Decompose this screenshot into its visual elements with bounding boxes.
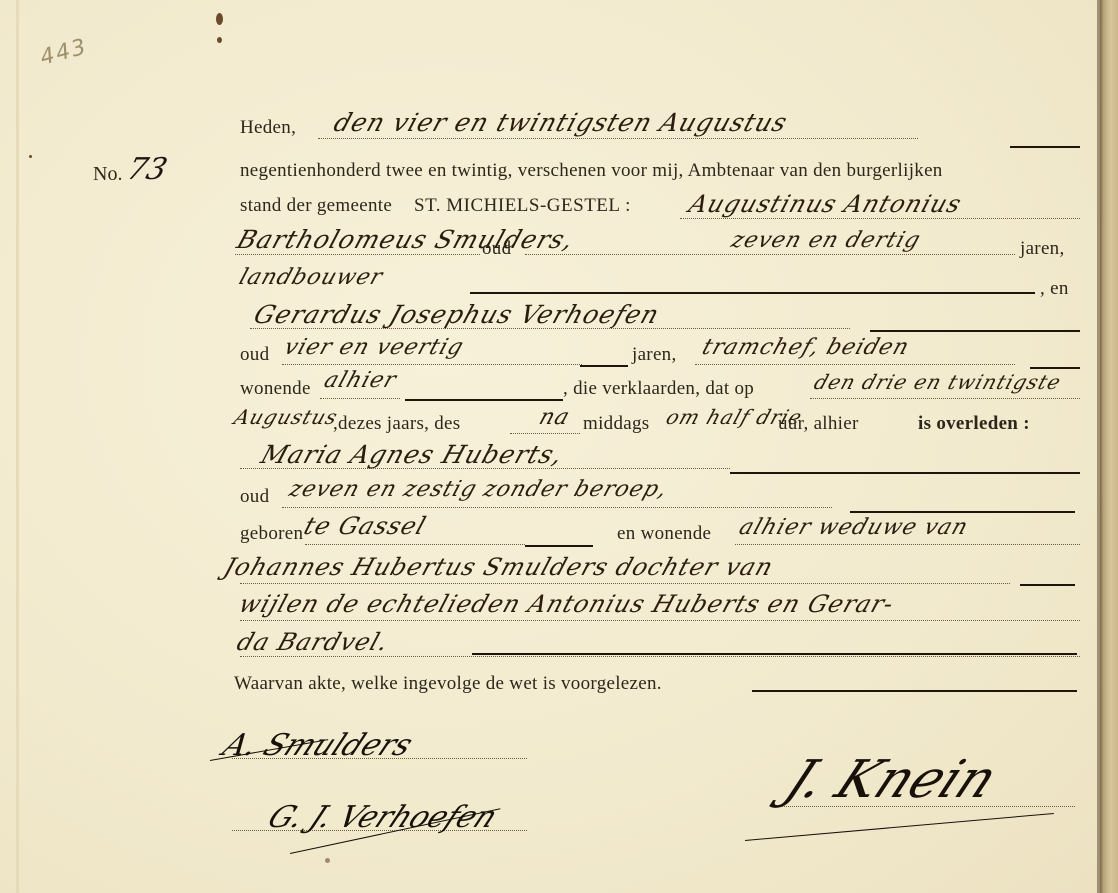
signature-witness-1: A. Smulders (217, 728, 419, 763)
fill-rule (470, 292, 1035, 294)
ink-stain (216, 13, 223, 25)
printed-text-bold: is overleden : (918, 413, 1030, 435)
dotted-fill-line (810, 398, 1080, 399)
handwritten-parents: wijlen de echtelieden Antonius Huberts e… (235, 590, 898, 618)
printed-text: wonende (240, 378, 311, 400)
printed-text: jaren, (632, 344, 677, 366)
printed-text: , en (1040, 278, 1069, 300)
certificate-number-label: No. (93, 163, 122, 186)
dotted-fill-line (680, 218, 1080, 219)
printed-text: stand der gemeente (240, 195, 392, 217)
ink-spot (29, 155, 32, 158)
handwritten-age-2: vier en veertig (281, 335, 467, 360)
certificate-number: 73 (123, 152, 171, 187)
handwritten-residence-status: alhier weduwe van (736, 515, 972, 540)
municipality-name: ST. MICHIELS-GESTEL : (414, 195, 631, 217)
printed-text: jaren, (1020, 238, 1065, 260)
handwritten-birthplace: te Gassel (300, 512, 430, 540)
printed-text: oud (240, 486, 269, 508)
fill-rule (472, 653, 1077, 655)
handwritten-mother-surname: da Bardvel. (233, 628, 392, 656)
dotted-fill-line (735, 544, 1080, 545)
margin-note: 443 (38, 34, 91, 71)
fill-rule (1020, 584, 1075, 586)
printed-text: oud (240, 344, 269, 366)
dotted-fill-line (305, 544, 525, 545)
handwritten-spouse-parents: Johannes Hubertus Smulders dochter van (220, 553, 777, 581)
handwritten-deceased-age-occupation: zeven en zestig zonder beroep, (286, 477, 671, 502)
book-binding-edge (1100, 0, 1118, 893)
dotted-fill-line (282, 364, 582, 365)
fill-rule (730, 472, 1080, 474)
dotted-fill-line (235, 254, 480, 255)
printed-closing-statement: Waarvan akte, welke ingevolge de wet is … (234, 673, 662, 695)
page-fold-line (16, 0, 19, 893)
printed-text: geboren (240, 523, 303, 545)
handwritten-occupation-1: landbouwer (236, 265, 386, 290)
handwritten-deceased-name: Maria Agnes Huberts, (257, 440, 567, 469)
fill-rule (580, 365, 628, 367)
document-page: 443 No. 73 Heden, den vier en twintigste… (0, 0, 1100, 893)
fill-rule (752, 690, 1077, 692)
dotted-fill-line (525, 254, 1015, 255)
printed-text: Heden, (240, 117, 296, 139)
dotted-fill-line (510, 433, 580, 434)
dotted-fill-line (318, 138, 918, 139)
printed-text: oud (482, 238, 511, 260)
fill-rule (1030, 367, 1080, 369)
ink-spot (325, 858, 330, 863)
dotted-fill-line (320, 398, 400, 399)
dotted-fill-line (240, 620, 1080, 621)
printed-text: middags (583, 413, 650, 435)
printed-text: , die verklaarden, dat op (563, 378, 754, 400)
handwritten-date: den vier en twintigsten Augustus (330, 108, 791, 137)
signature-flourish (745, 813, 1054, 841)
dotted-fill-line (240, 656, 1080, 657)
handwritten-declarant-1-last: Bartholomeus Smulders, (233, 225, 578, 254)
fill-rule (870, 330, 1080, 332)
dotted-fill-line (282, 507, 832, 508)
ink-stain (217, 37, 222, 43)
handwritten-declarant-1-first: Augustinus Antonius (685, 190, 965, 218)
handwritten-occupation-2: tramchef, beiden (699, 335, 913, 360)
signature-registrar: J. Knein (776, 750, 1007, 810)
fill-rule (405, 399, 563, 401)
handwritten-residence: alhier (321, 368, 400, 393)
printed-text: uur, alhier (778, 413, 859, 435)
dotted-fill-line (695, 364, 1015, 365)
printed-text: ,dezes jaars, des (333, 413, 461, 435)
fill-rule (850, 511, 1075, 513)
fill-rule (525, 545, 593, 547)
signature-witness-2: G. J. Verhoefen (262, 800, 503, 835)
handwritten-age-1: zeven en dertig (728, 228, 924, 253)
fill-rule (1010, 146, 1080, 148)
printed-text: en wonende (617, 523, 711, 545)
handwritten-death-month: Augustus (231, 405, 341, 429)
handwritten-death-day: den drie en twintigste (811, 370, 1065, 394)
handwritten-time-period: na (536, 405, 573, 430)
printed-text: negentienhonderd twee en twintig, versch… (240, 160, 943, 182)
dotted-fill-line (240, 583, 1010, 584)
handwritten-declarant-2: Gerardus Josephus Verhoefen (250, 300, 663, 329)
